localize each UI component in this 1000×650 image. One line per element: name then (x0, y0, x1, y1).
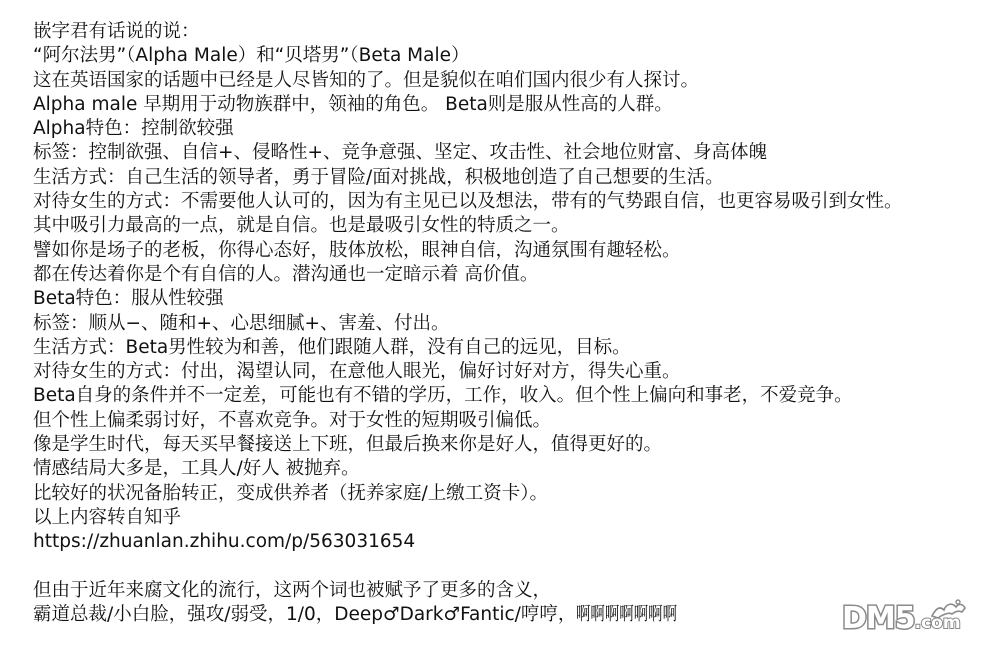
text-line: 对待女生的方式：付出，渴望认同，在意他人眼光，偏好讨好对方，得失心重。 (33, 360, 993, 384)
dm5-watermark: DM5.com (842, 598, 992, 638)
text-line: 比较好的状况备胎转正，变成供养者（抚养家庭/上缴工资卡）。 (33, 482, 993, 506)
text-line: 都在传达着你是个有自信的人。潜沟通也一定暗示着 高价值。 (33, 263, 993, 287)
text-line: 但个性上偏柔弱讨好，不喜欢竞争。对于女性的短期吸引偏低。 (33, 409, 993, 433)
watermark-text: DM5.com (842, 601, 961, 636)
text-line: 对待女生的方式：不需要他人认可的，因为有主见已以及想法，带有的气势跟自信，也更容… (33, 190, 993, 214)
text-line-alpha-heading: Alpha特色：控制欲较强 (33, 117, 993, 141)
text-line: Alpha male 早期用于动物族群中，领袖的角色。 Beta则是服从性高的人… (33, 93, 993, 117)
text-line: 标签：顺从−、随和+、心思细腻+、害羞、付出。 (33, 312, 993, 336)
text-line-source: 以上内容转自知乎 (33, 506, 993, 530)
text-line: 生活方式：Beta男性较为和善，他们跟随人群，没有自己的远见，目标。 (33, 336, 993, 360)
source-url: https://zhuanlan.zhihu.com/p/563031654 (33, 530, 993, 554)
text-line-intro: 嵌字君有话说的说： (33, 20, 993, 44)
watermark-brand: DM5 (842, 601, 915, 636)
text-line: 这在英语国家的话题中已经是人尽皆知的了。但是貌似在咱们国内很少有人探讨。 (33, 69, 993, 93)
watermark-suffix: .com (915, 613, 961, 633)
text-line: 情感结局大多是，工具人/好人 被抛弃。 (33, 457, 993, 481)
text-line: 像是学生时代，每天买早餐接送上下班，但最后换来你是好人，值得更好的。 (33, 433, 993, 457)
last-line-main: 霸道总裁/小白脸，强攻/弱受，1/0，Deep♂Dark♂Fantic/哼哼， (33, 604, 576, 625)
document-body: 嵌字君有话说的说： “阿尔法男”（Alpha Male）和“贝塔男”（Beta … (33, 20, 993, 627)
text-line: 生活方式：自己生活的领导者，勇于冒险/面对挑战，积极地创造了自己想要的生活。 (33, 166, 993, 190)
text-line-beta-heading: Beta特色：服从性较强 (33, 287, 993, 311)
last-line-condensed: 啊啊啊啊啊啊啊 (576, 603, 677, 627)
text-line: Beta自身的条件并不一定差，可能也有不错的学历，工作，收入。但个性上偏向和事老… (33, 384, 993, 408)
text-line: 标签：控制欲强、自信+、侵略性+、竞争意强、坚定、攻击性、社会地位财富、身高体魄 (33, 141, 993, 165)
text-line-title: “阿尔法男”（Alpha Male）和“贝塔男”（Beta Male） (33, 44, 993, 68)
text-line: 其中吸引力最高的一点，就是自信。也是最吸引女性的特质之一。 (33, 214, 993, 238)
blank-line (33, 555, 993, 579)
text-line: 譬如你是场子的老板，你得心态好，肢体放松，眼神自信，沟通氛围有趣轻松。 (33, 239, 993, 263)
